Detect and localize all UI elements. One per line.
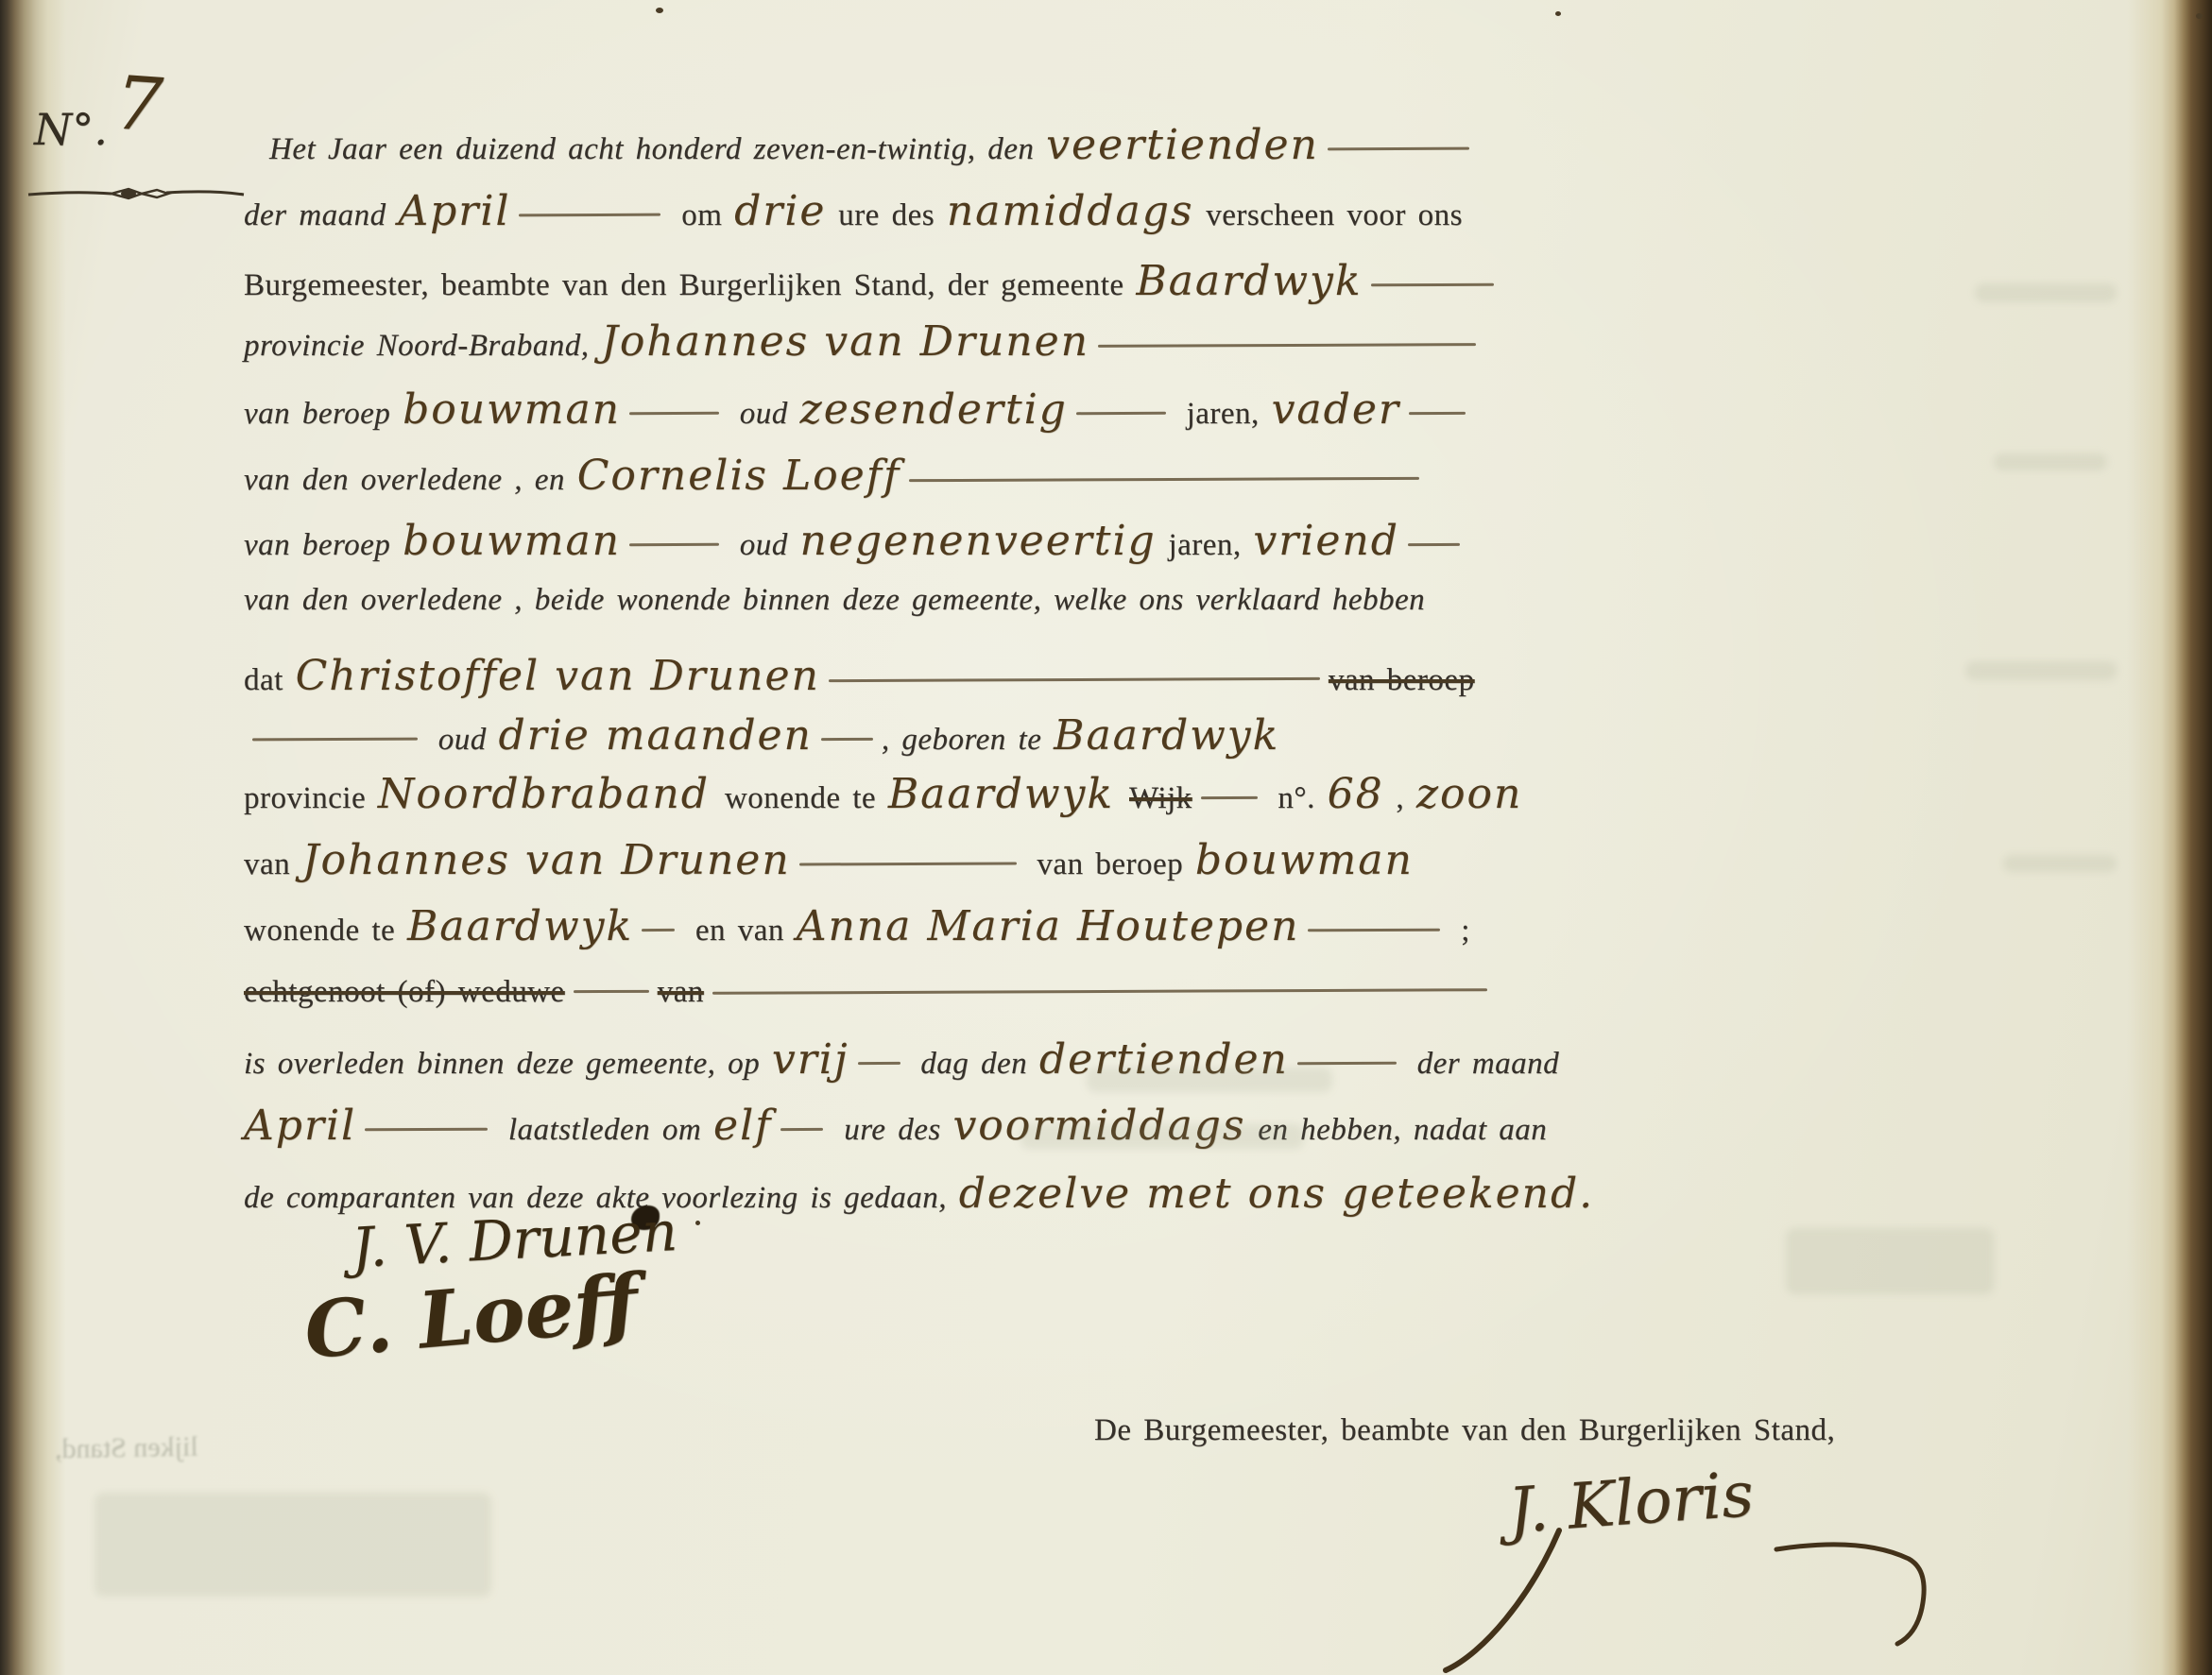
filler-rule (799, 862, 1017, 865)
printed-text: Het Jaar een duizend acht honderd zeven-… (269, 132, 1046, 166)
printed-text: van beroep (1329, 663, 1475, 697)
handwritten-text: namiddags (947, 187, 1194, 235)
handwritten-text: vriend (1253, 517, 1399, 565)
ink-speck (695, 1221, 700, 1225)
act-line-11: provincie Noordbraband wonende te Baardw… (244, 770, 1841, 818)
handwritten-text: Cornelis Loeff (577, 452, 901, 500)
handwritten-text: 68 (1328, 770, 1384, 818)
filler-rule (1409, 412, 1466, 415)
act-line-15: is overleden binnen deze gemeente, op vr… (244, 1035, 1841, 1084)
handwritten-text: dezelve met ons geteekend. (959, 1170, 1594, 1218)
printed-text: laatstleden om (496, 1113, 713, 1147)
act-line-7: van beroep bouwman oud negenenveertig ja… (244, 517, 1841, 565)
filler-rule (519, 214, 660, 217)
printed-text: van den overledene , beide wonende binne… (244, 583, 1425, 617)
act-line-10: oud drie maanden, geboren te Baardwyk (244, 711, 1841, 760)
bleedthrough-smudge (94, 1493, 491, 1597)
act-line-12: van Johannes van Drunen van beroep bouwm… (244, 836, 1841, 884)
printed-text: provincie Noord-Braband, (244, 329, 601, 363)
ink-speck (1555, 11, 1561, 16)
printed-text: dat (244, 663, 296, 697)
printed-text: der maand (244, 198, 398, 232)
bleedthrough-smudge (1994, 453, 2107, 470)
printed-text: van den overledene , en (244, 463, 577, 497)
filler-rule (252, 738, 418, 742)
printed-text: wonende te (725, 781, 888, 815)
printed-text: provincie (244, 781, 378, 815)
printed-text: van beroep (244, 397, 403, 431)
act-line-2: der maand April om drie ure des namiddag… (244, 187, 1841, 235)
handwritten-text: bouwman (403, 517, 621, 565)
bleedthrough-smudge (1975, 283, 2117, 302)
handwritten-text: drie maanden (499, 711, 813, 760)
filler-rule (574, 990, 649, 993)
bleedthrough-smudge (2003, 855, 2117, 872)
printed-text: dag den (909, 1047, 1039, 1081)
act-line-1: Het Jaar een duizend acht honderd zeven-… (269, 121, 1866, 169)
printed-text: n°. (1266, 781, 1328, 815)
filler-rule (858, 1062, 900, 1065)
act-number: 7 (112, 60, 165, 148)
act-line-5: van beroep bouwman oud zesendertig jaren… (244, 385, 1841, 434)
ink-speck (656, 8, 663, 13)
bleedthrough-smudge (1786, 1228, 1994, 1294)
printed-text: , (1384, 781, 1416, 815)
printed-text: oud (426, 723, 499, 757)
printed-text: oud (728, 528, 800, 562)
filler-rule (821, 738, 873, 741)
handwritten-text: Baardwyk (1054, 711, 1279, 760)
printed-text: om (669, 198, 734, 232)
act-line-6: van den overledene , en Cornelis Loeff (244, 452, 1841, 500)
handwritten-text: April (398, 187, 510, 235)
act-line-14: echtgenoot (of) weduwevan (244, 975, 1841, 1010)
printed-text: oud (728, 397, 800, 431)
officer-title: De Burgemeester, beambte van den Burgerl… (1094, 1413, 1835, 1448)
filler-rule (1297, 1062, 1397, 1065)
printed-text: jaren, (1175, 397, 1272, 431)
printed-text: ure des (832, 1113, 952, 1147)
act-line-3: Burgemeester, beambte van den Burgerlijk… (244, 257, 1841, 305)
printed-text: van (658, 975, 704, 1009)
filler-rule (365, 1128, 488, 1132)
filler-rule (1408, 543, 1460, 546)
margin-flourish (25, 181, 248, 206)
bleedthrough-smudge (1087, 1068, 1332, 1092)
act-line-9: dat Christoffel van Drunenvan beroep (244, 652, 1841, 700)
filler-rule (780, 1128, 823, 1131)
printed-text: van (244, 847, 302, 881)
handwritten-text: vader (1272, 385, 1400, 434)
handwritten-text: veertienden (1046, 121, 1319, 169)
printed-text: ; (1449, 914, 1469, 948)
handwritten-text: Baardwyk (1136, 257, 1362, 305)
handwritten-text: Baardwyk (888, 770, 1129, 818)
printed-text: , geboren te (882, 723, 1054, 757)
filler-rule (909, 477, 1419, 482)
officer-signature-flourish (1417, 1512, 1946, 1675)
death-certificate-page: N°. 7 Het Jaar een duizend acht honderd … (0, 0, 2212, 1675)
handwritten-text: Anna Maria Houtepen (797, 902, 1300, 950)
filler-rule (829, 677, 1320, 682)
filler-rule (1201, 796, 1258, 799)
act-line-4: provincie Noord-Braband, Johannes van Dr… (244, 317, 1841, 366)
filler-rule (1076, 412, 1166, 415)
filler-rule (1371, 283, 1494, 287)
filler-rule (1308, 929, 1440, 932)
handwritten-text: Christoffel van Drunen (296, 652, 820, 700)
printed-text: ure des (826, 198, 946, 232)
bleedthrough-text: lijken Stand, (55, 1431, 198, 1466)
handwritten-text: drie (734, 187, 826, 235)
handwritten-text: zoon (1416, 770, 1523, 818)
filler-rule (642, 929, 675, 932)
handwritten-text: bouwman (403, 385, 621, 434)
bleedthrough-smudge (1965, 661, 2117, 680)
filler-rule (1098, 343, 1476, 348)
printed-text: verscheen voor ons (1194, 198, 1464, 232)
printed-text: jaren, (1157, 528, 1254, 562)
printed-text: wonende te (244, 914, 407, 948)
filler-rule (1328, 147, 1469, 151)
handwritten-text: Baardwyk (407, 902, 633, 950)
printed-text: en van (683, 914, 797, 948)
filler-rule (629, 543, 719, 546)
bleedthrough-smudge (1020, 1124, 1304, 1149)
printed-text: Burgemeester, beambte van den Burgerlijk… (244, 268, 1136, 302)
book-binding-left-edge (0, 0, 66, 1675)
handwritten-text: negenenveertig (800, 517, 1157, 565)
handwritten-text: zesendertig (800, 385, 1068, 434)
filler-rule (712, 988, 1487, 995)
act-line-13: wonende te Baardwyk en van Anna Maria Ho… (244, 902, 1841, 950)
act-line-8: van den overledene , beide wonende binne… (244, 583, 1841, 618)
handwritten-text: April (244, 1102, 356, 1150)
handwritten-text: elf (713, 1102, 772, 1150)
printed-text: is overleden binnen deze gemeente, op (244, 1047, 772, 1081)
ink-speck (2196, 13, 2203, 19)
filler-rule (629, 412, 719, 415)
handwritten-text: Noordbraband (378, 770, 725, 818)
handwritten-text: bouwman (1195, 836, 1414, 884)
handwritten-text: Johannes van Drunen (302, 836, 791, 884)
printed-text: van beroep (1025, 847, 1195, 881)
handwritten-text: Johannes van Drunen (601, 317, 1089, 366)
printed-text: Wijk (1129, 781, 1192, 815)
printed-text: der maand (1405, 1047, 1559, 1081)
printed-text: echtgenoot (of) weduwe (244, 975, 565, 1009)
handwritten-text: vrij (772, 1035, 849, 1084)
witness-signature-loeff: C. Loeff (300, 1257, 641, 1376)
page-right-edge (2127, 0, 2212, 1675)
printed-text: van beroep (244, 528, 403, 562)
margin-number-label: N°. (34, 104, 108, 155)
